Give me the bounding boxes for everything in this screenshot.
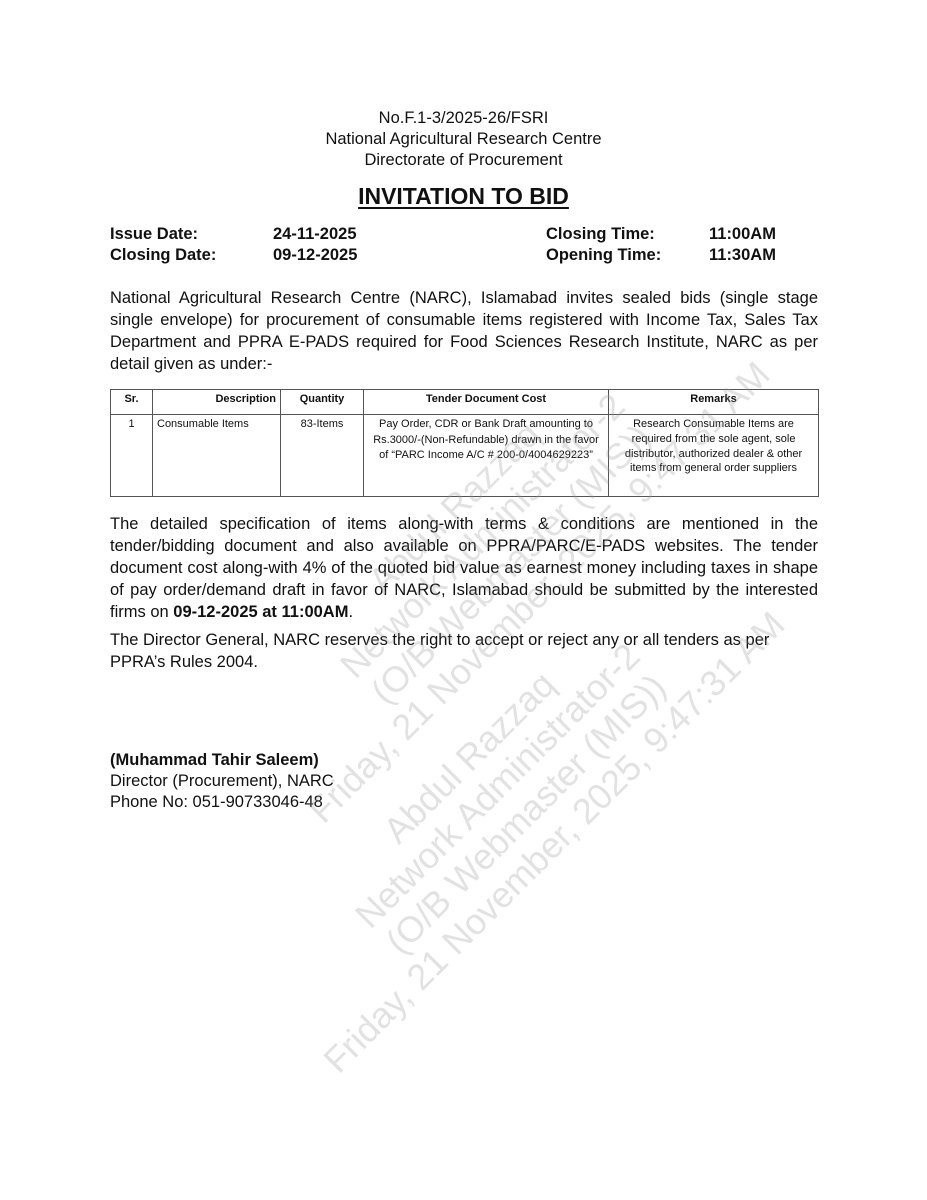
cell-tender-cost: Pay Order, CDR or Bank Draft amounting t…: [364, 415, 609, 497]
opening-time-label: Opening Time:: [546, 245, 709, 266]
details-paragraph: The detailed specification of items alon…: [110, 513, 818, 623]
department-name: Directorate of Procurement: [0, 150, 927, 171]
document-title: INVITATION TO BID: [0, 183, 927, 210]
col-header-sr: Sr.: [111, 390, 153, 415]
signature-block: (Muhammad Tahir Saleem) Director (Procur…: [110, 750, 334, 813]
col-header-description: Description: [153, 390, 281, 415]
table-row: 1 Consumable Items 83-Items Pay Order, C…: [111, 415, 819, 497]
closing-date-label: Closing Date:: [110, 245, 273, 266]
signatory-name: (Muhammad Tahir Saleem): [110, 750, 334, 771]
closing-date-value: 09-12-2025: [273, 245, 357, 266]
cell-sr: 1: [111, 415, 153, 497]
letterhead: No.F.1-3/2025-26/FSRI National Agricultu…: [0, 108, 927, 171]
issue-date-label: Issue Date:: [110, 224, 273, 245]
closing-time-value: 11:00AM: [709, 224, 776, 245]
items-table: Sr. Description Quantity Tender Document…: [110, 389, 819, 497]
opening-time-value: 11:30AM: [709, 245, 776, 266]
col-header-remarks: Remarks: [609, 390, 819, 415]
organization-name: National Agricultural Research Centre: [0, 129, 927, 150]
cell-description: Consumable Items: [153, 415, 281, 497]
signatory-designation: Director (Procurement), NARC: [110, 771, 334, 792]
signatory-phone: Phone No: 051-90733046-48: [110, 792, 334, 813]
col-header-tender-cost: Tender Document Cost: [364, 390, 609, 415]
times-block: Closing Time: 11:00AM Opening Time: 11:3…: [546, 224, 776, 266]
cell-quantity: 83-Items: [281, 415, 364, 497]
dates-block: Issue Date: 24-11-2025 Closing Date: 09-…: [110, 224, 357, 266]
closing-time-label: Closing Time:: [546, 224, 709, 245]
table-header-row: Sr. Description Quantity Tender Document…: [111, 390, 819, 415]
rights-paragraph: The Director General, NARC reserves the …: [110, 629, 818, 673]
intro-paragraph: National Agricultural Research Centre (N…: [110, 287, 818, 375]
reference-number: No.F.1-3/2025-26/FSRI: [0, 108, 927, 129]
col-header-quantity: Quantity: [281, 390, 364, 415]
document-page: No.F.1-3/2025-26/FSRI National Agricultu…: [0, 0, 927, 1200]
submission-deadline: 09-12-2025 at 11:00AM: [173, 603, 348, 621]
issue-date-value: 24-11-2025: [273, 224, 357, 245]
cell-remarks: Research Consumable Items are required f…: [609, 415, 819, 497]
